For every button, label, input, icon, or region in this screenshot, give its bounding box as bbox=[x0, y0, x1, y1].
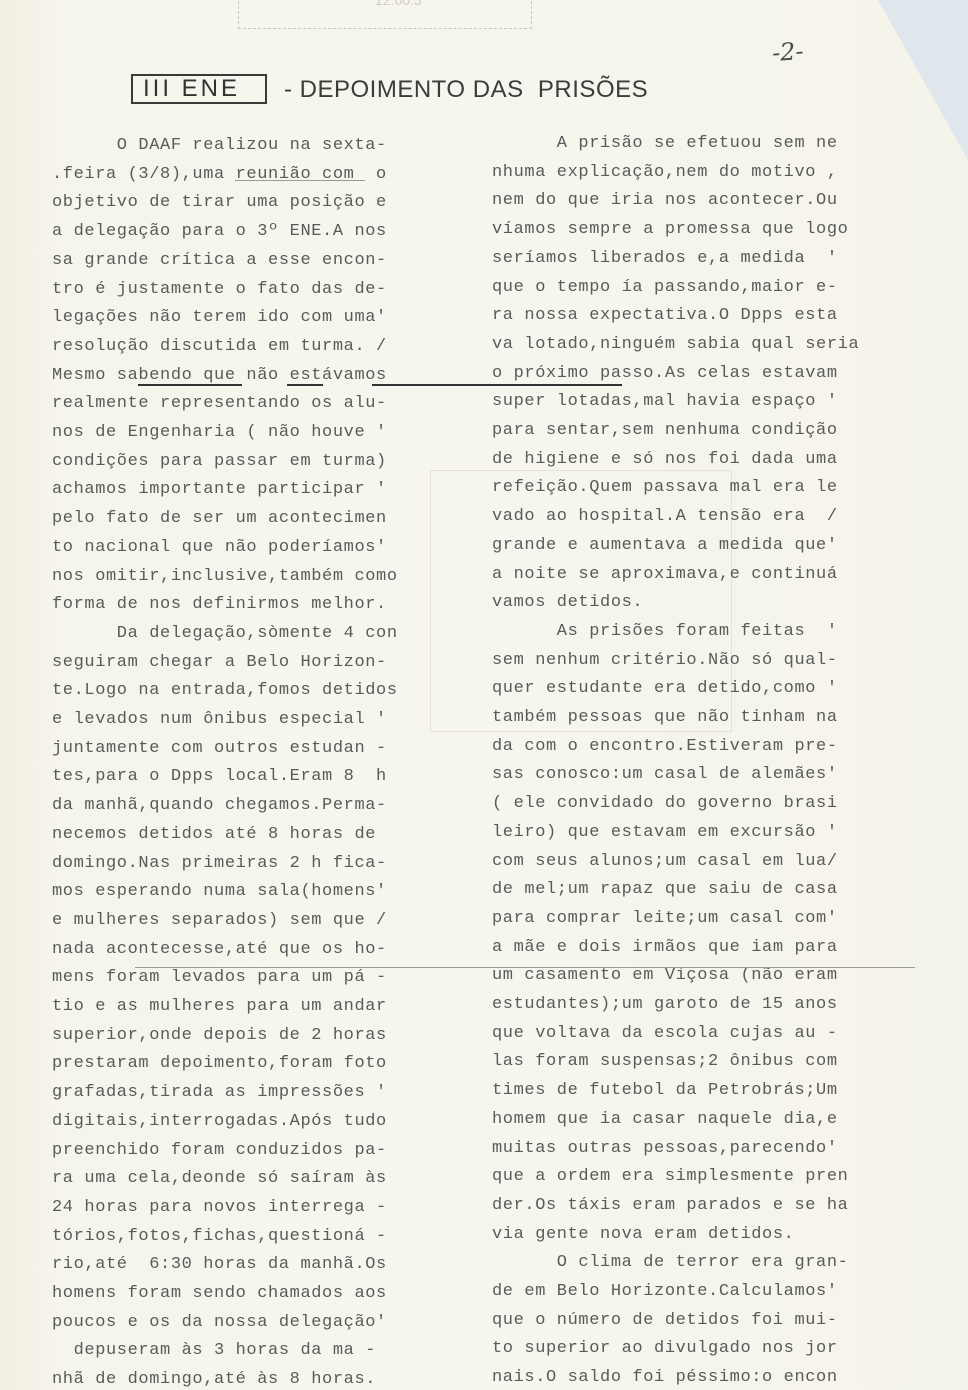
text-line: de higiene e só nos foi dada uma bbox=[492, 450, 838, 469]
text-line: achamos importante participar ' bbox=[52, 480, 387, 499]
text-line: ( ele convidado do governo brasi bbox=[492, 794, 838, 813]
text-line: também pessoas que não tinham na bbox=[492, 708, 838, 727]
text-line: grande e aumentava a medida que' bbox=[492, 536, 838, 555]
underline-stroke bbox=[138, 384, 242, 386]
text-line: seríamos liberados e,a medida ' bbox=[492, 249, 838, 268]
text-line: tórios,fotos,fichas,questioná - bbox=[52, 1227, 387, 1246]
text-line: e mulheres separados) sem que / bbox=[52, 911, 387, 930]
text-line: nhã de domingo,até às 8 horas. bbox=[52, 1370, 376, 1389]
text-line: um casamento em Viçosa (não eram bbox=[492, 966, 838, 985]
text-line: tro é justamente o fato das de- bbox=[52, 280, 387, 299]
text-line: de em Belo Horizonte.Calculamos' bbox=[492, 1282, 838, 1301]
text-line: times de futebol da Petrobrás;Um bbox=[492, 1081, 838, 1100]
text-line: estudantes);um garoto de 15 anos bbox=[492, 995, 838, 1014]
text-line: legações não terem ido com uma' bbox=[52, 308, 387, 327]
text-line: para sentar,sem nenhuma condição bbox=[492, 421, 838, 440]
text-line: super lotadas,mal havia espaço ' bbox=[492, 392, 838, 411]
text-line: e levados num ônibus especial ' bbox=[52, 710, 387, 729]
text-line: to nacional que não poderíamos' bbox=[52, 538, 387, 557]
fold-line bbox=[135, 967, 915, 968]
text-line: poucos e os da nossa delegação' bbox=[52, 1313, 387, 1332]
text-line: nais.O saldo foi péssimo:o encon bbox=[492, 1368, 838, 1387]
text-line: rio,até 6:30 horas da manhã.Os bbox=[52, 1255, 387, 1274]
text-line: objetivo de tirar uma posição e bbox=[52, 193, 387, 212]
text-line: via gente nova eram detidos. bbox=[492, 1225, 794, 1244]
text-line: domingo.Nas primeiras 2 h fica- bbox=[52, 854, 387, 873]
text-line: a mãe e dois irmãos que iam para bbox=[492, 938, 838, 957]
text-line: sa grande crítica a esse encon- bbox=[52, 251, 387, 270]
text-line: mens foram levados para um pá - bbox=[52, 968, 387, 987]
text-line: mos esperando numa sala(homens' bbox=[52, 882, 387, 901]
text-line: quer estudante era detido,como ' bbox=[492, 679, 838, 698]
underline-stroke bbox=[287, 384, 323, 386]
text-line: nhuma explicação,nem do motivo , bbox=[492, 163, 838, 182]
text-line: homem que ia casar naquele dia,e bbox=[492, 1110, 838, 1129]
text-line: para comprar leite;um casal com' bbox=[492, 909, 838, 928]
text-line: Mesmo sabendo que não estávamos bbox=[52, 366, 387, 385]
text-line: preenchido foram conduzidos pa- bbox=[52, 1141, 387, 1160]
text-line: grafadas,tirada as impressões ' bbox=[52, 1083, 387, 1102]
text-line: digitais,interrogadas.Após tudo bbox=[52, 1112, 387, 1131]
text-line: sem nenhum critério.Não só qual- bbox=[492, 651, 838, 670]
scanned-page: 12.00.5 -2- III ENE - DEPOIMENTO DAS PRI… bbox=[0, 0, 968, 1390]
text-line: Da delegação,sòmente 4 con bbox=[52, 624, 398, 643]
bleed-through-stamp-box: 12.00.5 bbox=[238, 0, 532, 29]
text-line: ra uma cela,deonde só saíram às bbox=[52, 1169, 387, 1188]
text-line: resolução discutida em turma. / bbox=[52, 337, 387, 356]
text-line: va lotado,ninguém sabia qual seria bbox=[492, 335, 859, 354]
text-line: sas conosco:um casal de alemães' bbox=[492, 765, 838, 784]
text-line: que a ordem era simplesmente pren bbox=[492, 1167, 848, 1186]
text-line: nem do que iria nos acontecer.Ou bbox=[492, 191, 838, 210]
text-line: O DAAF realizou na sexta- bbox=[52, 136, 387, 155]
text-line: las foram suspensas;2 ônibus com bbox=[492, 1052, 838, 1071]
text-line: te.Logo na entrada,fomos detidos bbox=[52, 681, 398, 700]
text-line: de mel;um rapaz que saiu de casa bbox=[492, 880, 838, 899]
text-line: refeição.Quem passava mal era le bbox=[492, 478, 838, 497]
text-line: nos de Engenharia ( não houve ' bbox=[52, 423, 387, 442]
text-line: com seus alunos;um casal em lua/ bbox=[492, 852, 838, 871]
text-line: da manhã,quando chegamos.Perma- bbox=[52, 796, 387, 815]
text-line: nada acontecesse,até que os ho- bbox=[52, 940, 387, 959]
text-line: forma de nos definirmos melhor. bbox=[52, 595, 387, 614]
text-line: der.Os táxis eram parados e se ha bbox=[492, 1196, 848, 1215]
text-line: da com o encontro.Estiveram pre- bbox=[492, 737, 838, 756]
text-line: condições para passar em turma) bbox=[52, 452, 387, 471]
text-line: superior,onde depois de 2 horas bbox=[52, 1026, 387, 1045]
text-line: tio e as mulheres para um andar bbox=[52, 997, 387, 1016]
text-line: O clima de terror era gran- bbox=[492, 1253, 848, 1272]
text-line: nos omitir,inclusive,também como bbox=[52, 567, 398, 586]
text-line: prestaram depoimento,foram foto bbox=[52, 1054, 387, 1073]
text-line: As prisões foram feitas ' bbox=[492, 622, 838, 641]
text-line: 24 horas para novos interrega - bbox=[52, 1198, 387, 1217]
text-line: que o número de detidos foi mui- bbox=[492, 1311, 838, 1330]
scan-background-corner bbox=[878, 0, 968, 160]
text-line: tes,para o Dpps local.Eram 8 h bbox=[52, 767, 387, 786]
text-line: leiro) que estavam em excursão ' bbox=[492, 823, 838, 842]
text-line: a noite se aproximava,e continuá bbox=[492, 565, 838, 584]
text-line: depuseram às 3 horas da ma - bbox=[52, 1341, 376, 1360]
text-line: víamos sempre a promessa que logo bbox=[492, 220, 848, 239]
text-line: juntamente com outros estudan - bbox=[52, 739, 387, 758]
text-line: que o tempo ía passando,maior e- bbox=[492, 278, 838, 297]
text-line: A prisão se efetuou sem ne bbox=[492, 134, 838, 153]
text-line: ra nossa expectativa.O Dpps esta bbox=[492, 306, 838, 325]
text-line: to superior ao divulgado nos jor bbox=[492, 1339, 838, 1358]
bleed-through-stamp: 12.00.5 bbox=[375, 0, 422, 8]
text-line: vamos detidos. bbox=[492, 593, 643, 612]
text-line: homens foram sendo chamados aos bbox=[52, 1284, 387, 1303]
text-line: vado ao hospital.A tensão era / bbox=[492, 507, 838, 526]
text-line: pelo fato de ser um acontecimen bbox=[52, 509, 387, 528]
text-line: que voltava da escola cujas au - bbox=[492, 1024, 838, 1043]
text-line: seguiram chegar a Belo Horizon- bbox=[52, 653, 387, 672]
heading-label-box: III ENE bbox=[131, 74, 267, 104]
text-line: muitas outras pessoas,parecendo' bbox=[492, 1139, 838, 1158]
text-line: necemos detidos até 8 horas de bbox=[52, 825, 376, 844]
page-title: - DEPOIMENTO DAS PRISÕES bbox=[284, 76, 648, 104]
text-line: o próximo passo.As celas estavam bbox=[492, 364, 838, 383]
underline-stroke bbox=[372, 384, 622, 386]
page-number: -2- bbox=[771, 37, 804, 67]
text-line: realmente representando os alu- bbox=[52, 394, 387, 413]
underline-stroke bbox=[235, 180, 365, 181]
text-line: a delegação para o 3º ENE.A nos bbox=[52, 222, 387, 241]
